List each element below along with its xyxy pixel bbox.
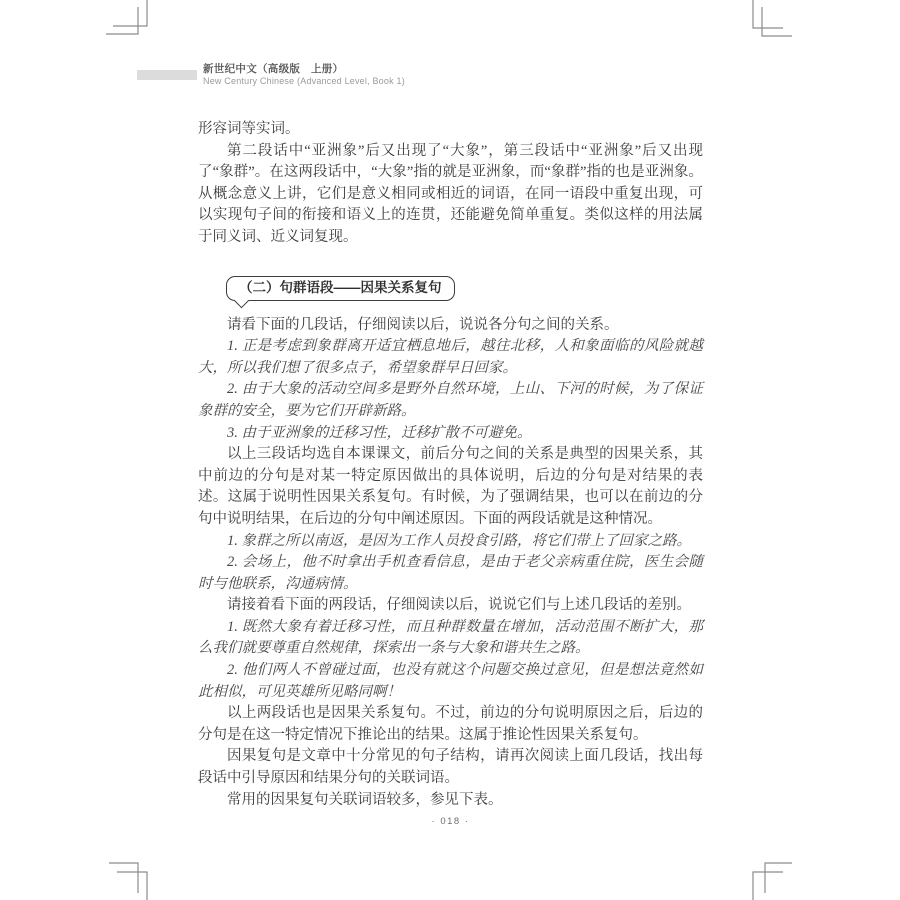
body-paragraph: 第二段话中“亚洲象”后又出现了“大象”，第三段话中“亚洲象”后又出现了“象群”。… (198, 141, 703, 249)
body-paragraph: 以上三段话均选自本课课文，前后分句之间的关系是典型的因果关系，其中前边的分句是对… (198, 444, 703, 530)
book-title: 新世纪中文（高级版 上册） (203, 61, 343, 76)
body-paragraph: 因果复句是文章中十分常见的句子结构，请再次阅读上面几段话，找出每段话中引导原因和… (198, 746, 703, 789)
speech-bubble-tail-decoration (234, 293, 250, 309)
body-paragraph: 请接着看下面的两段话，仔细阅读以后，说说它们与上述几段话的差别。 (198, 595, 703, 617)
crop-mark-top-right-icon (749, 0, 797, 40)
crop-mark-bottom-left-icon (103, 860, 151, 900)
body-paragraph: 常用的因果复句关联词语较多，参见下表。 (198, 790, 703, 812)
page-number: · 018 · (198, 816, 703, 827)
book-title-english: New Century Chinese (Advanced Level, Boo… (203, 76, 405, 86)
body-paragraph: 形容词等实词。 (198, 119, 703, 141)
body-paragraph: 请看下面的几段话，仔细阅读以后，说说各分句之间的关系。 (198, 315, 703, 337)
lesson-content: 形容词等实词。第二段话中“亚洲象”后又出现了“大象”，第三段话中“亚洲象”后又出… (198, 119, 703, 811)
crop-mark-top-left-icon (103, 0, 151, 40)
crop-mark-bottom-right-icon (749, 860, 797, 900)
section-heading-label: （二）句群语段——因果关系复句 (239, 280, 442, 295)
example-sentence: 1. 象群之所以南返，是因为工作人员投食引路，将它们带上了回家之路。 (198, 531, 703, 553)
example-sentence: 2. 会场上，他不时拿出手机查看信息，是由于老父亲病重住院，医生会随时与他联系，… (198, 552, 703, 595)
example-sentence: 2. 他们两人不曾碰过面，也没有就这个问题交换过意见，但是想法竟然如此相似，可见… (198, 660, 703, 703)
paragraph-group-after-box: 请看下面的几段话，仔细阅读以后，说说各分句之间的关系。1. 正是考虑到象群离开适… (198, 315, 703, 812)
textbook-page: 新世纪中文（高级版 上册） New Century Chinese (Advan… (0, 0, 900, 900)
header-bar-decoration (137, 70, 197, 80)
example-sentence: 1. 正是考虑到象群离开适宜栖息地后，越往北移，人和象面临的风险就越大，所以我们… (198, 336, 703, 379)
paragraph-group-before-box: 形容词等实词。第二段话中“亚洲象”后又出现了“大象”，第三段话中“亚洲象”后又出… (198, 119, 703, 249)
section-heading-box: （二）句群语段——因果关系复句 (226, 276, 455, 301)
example-sentence: 3. 由于亚洲象的迁移习性，迁移扩散不可避免。 (198, 423, 703, 445)
body-paragraph: 以上两段话也是因果关系复句。不过，前边的分句说明原因之后，后边的分句是在这一特定… (198, 703, 703, 746)
example-sentence: 2. 由于大象的活动空间多是野外自然环境，上山、下河的时候，为了保证象群的安全，… (198, 379, 703, 422)
example-sentence: 1. 既然大象有着迁移习性，而且种群数量在增加，活动范围不断扩大，那么我们就要尊… (198, 617, 703, 660)
